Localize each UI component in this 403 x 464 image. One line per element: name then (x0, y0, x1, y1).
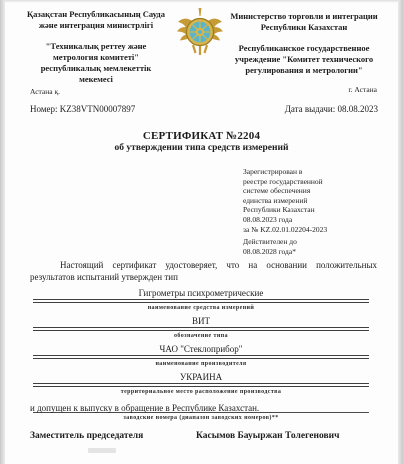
certification-statement: Настоящий сертификат удостоверяет, что н… (30, 260, 377, 283)
org-unit-ru: Республиканское государственное учрежден… (224, 43, 384, 76)
city-russian: г. Астана (348, 85, 377, 94)
org-name-kk: Қазақстан Республикасының Сауда және инт… (24, 9, 168, 31)
field-value: ВИТ (33, 316, 369, 326)
certificate-title: СЕРТИФИКАТ №2204 (0, 130, 403, 142)
registration-block: Зарегистрирован в реестре государственно… (243, 167, 383, 256)
certificate-subtitle: об утверждении типа средств измерений (0, 143, 403, 153)
field-caption: территориальное место расположение произ… (33, 389, 369, 396)
field-rule (33, 327, 369, 331)
city-kazakh: Астана қ. (30, 87, 60, 96)
registration-line: Республики Казахстан (243, 205, 383, 215)
field-caption: наименование производителя (33, 361, 369, 368)
field-rule (33, 355, 369, 359)
kazakhstan-emblem-icon (176, 6, 224, 58)
registration-line: единства измерений (243, 196, 383, 206)
header-org-kazakh: Қазақстан Республикасының Сауда және инт… (24, 9, 168, 85)
field-manufacturer: ЧАО "Стеклоприбор" наименование производ… (33, 344, 369, 368)
scan-edge-left (0, 0, 5, 464)
registration-line: системе обеспечения (243, 186, 383, 196)
scan-edge-top (0, 0, 403, 3)
registration-line: за № KZ.02.01.02204-2023 (243, 225, 383, 235)
scan-artifact (88, 448, 116, 453)
field-instrument-name: Гигрометры психрометрические наименовани… (33, 288, 369, 312)
field-type-designation: ВИТ обозначение типа (33, 316, 369, 340)
field-rule (33, 383, 369, 387)
registration-line: Зарегистрирован в (243, 167, 383, 177)
field-rule (33, 299, 369, 303)
admission-statement: и допущен к выпуску в обращение в Респуб… (30, 403, 259, 413)
field-value: Гигрометры психрометрические (33, 288, 369, 298)
valid-until-line: Действителен до (243, 237, 383, 247)
registration-line: 08.08.2023 года (243, 215, 383, 225)
signatory-name: Касымов Бауыржан Толегенович (196, 431, 339, 441)
certificate-number: Номер: KZ38VTN00007897 (30, 104, 135, 114)
scan-edge-right (398, 0, 403, 464)
field-value: ЧАО "Стеклоприбор" (33, 344, 369, 354)
field-value: УКРАИНА (33, 372, 369, 382)
field-caption: заводские номера (диапазон заводских ном… (33, 415, 369, 422)
org-name-ru: Министерство торговли и интеграции Респу… (224, 11, 384, 33)
header-org-russian: Министерство торговли и интеграции Респу… (224, 11, 384, 76)
org-unit-kk: "Техникалық реттеу және метрология комит… (24, 41, 168, 85)
registration-line: реестре государственной (243, 177, 383, 187)
field-caption: наименование средства измерений (33, 305, 369, 312)
signatory-position: Заместитель председателя (30, 431, 143, 441)
issue-date: Дата выдачи: 08.08.2023 (285, 104, 378, 114)
field-caption: обозначение типа (33, 333, 369, 340)
field-production-location: УКРАИНА территориальное место расположен… (33, 372, 369, 396)
valid-until-date: 08.08.2028 года* (243, 247, 383, 257)
